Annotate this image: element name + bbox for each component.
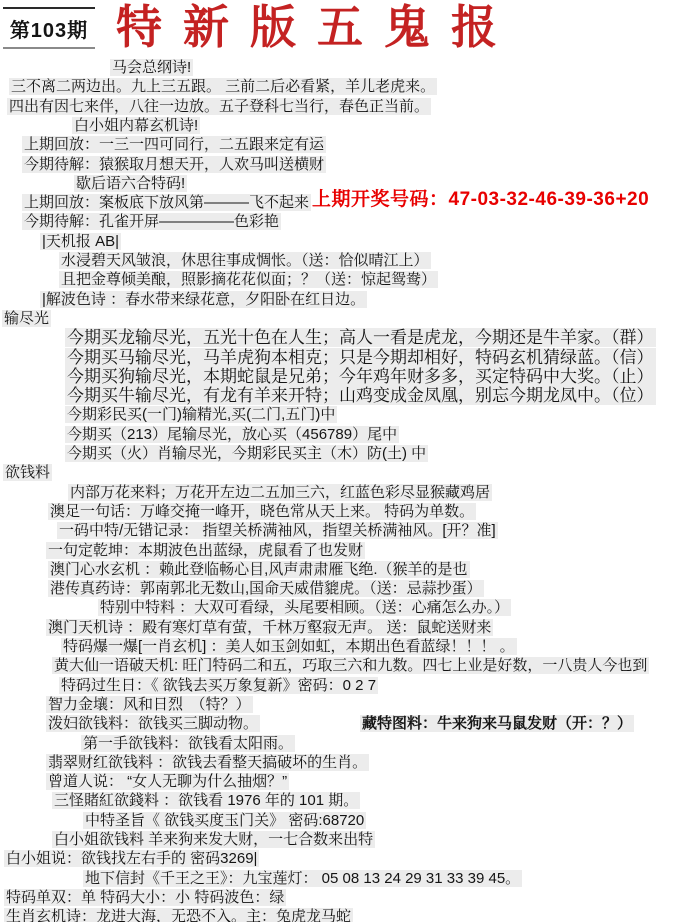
text-line: 四出有因七来伴，八往一边放。五子登科七当行，春色正当前。 xyxy=(7,97,431,116)
text-line: 上期回放：案板底下放风第———飞不起来 xyxy=(22,193,311,212)
text-line: 今期买马输尽光，马羊虎狗本相克；只是今期却相好，特码玄机猜绿蓝。（信） xyxy=(65,348,656,367)
line-text: 今期彩民买(一门)输精光,买(二门,五门)中 xyxy=(65,406,337,423)
line-text: 歇后语六合特码! xyxy=(74,175,187,192)
text-line: 特码单双：单 特码大小：小 特码波色：绿 xyxy=(4,888,286,907)
text-line: 水浸碧天风皱浪，休思往事成惆怅。（送：恰似晴江上） xyxy=(59,251,431,270)
line-text: 澳足一句话：万峰交掩一峰开，晓色常从天上来。 特码为单数。 xyxy=(48,503,476,520)
five-ghost-report-page: 第103期 特新版五鬼报 上期开奖号码：47-03-32-46-39-36+20… xyxy=(0,0,674,922)
text-line: 澳门心水玄机 ：赖此登临畅心目,风声肃肃雁飞绝.（猴羊的是也 xyxy=(48,560,470,579)
line-text: 四出有因七来伴，八往一边放。五子登科七当行，春色正当前。 xyxy=(7,98,431,115)
text-line: 泼妇欲钱料：欲钱买三脚动物。 xyxy=(46,714,260,733)
line-text: 白小姐欲钱料 羊来狗来发大财，一七合数来出特 xyxy=(52,831,375,848)
text-line: 今期待解：猿猴取月想天开，人欢马叫送横财 xyxy=(22,155,326,174)
line-text: 地下信封《千王之王》：九宝莲灯： 05 08 13 24 29 31 33 39… xyxy=(83,870,522,887)
line-text: 特码过生日：《 欲钱去买万象复新》密码：0 2 7 xyxy=(59,677,378,694)
line-text: 马会总纲诗! xyxy=(110,59,193,76)
line-text: 今期买牛输尽光，有龙有羊来开特；山鸡变成金凤凰，别忘今期龙凤中。（位） xyxy=(65,386,656,405)
line-text: 澳门天机诗 ：殿有寒灯草有萤，千林万壑寂无声。 送：鼠蛇送财来 xyxy=(46,619,493,636)
text-line: 今期买牛输尽光，有龙有羊来开特；山鸡变成金凤凰，别忘今期龙凤中。（位） xyxy=(65,386,656,405)
line-text: 三不离二两边出。九上三五跟。 三前二后必看紧，羊儿老虎来。 xyxy=(9,78,437,95)
line-text: 今期买（213）尾输尽光，放心买（456789）尾中 xyxy=(65,426,399,443)
line-text: 港传真药诗：郭南郭北无数山,国命天威借貔虎。（送：忌蒜抄蛋） xyxy=(48,580,484,597)
text-line: 港传真药诗：郭南郭北无数山,国命天威借貔虎。（送：忌蒜抄蛋） xyxy=(48,579,484,598)
text-line: 上期回放：一三一四可同行，二五跟来定有运 xyxy=(22,135,326,154)
text-line: 黄大仙一语破天机: 旺门特码二和五，巧取三六和九数。四七上业是好数，一八贵人今也… xyxy=(52,656,649,675)
previous-draw-numbers: 上期开奖号码：47-03-32-46-39-36+20 xyxy=(312,184,649,211)
text-line: 特别中特料 ：大双可看绿，头尾要相顾。（送：心痛怎么办。） xyxy=(98,598,511,617)
line-text: 且把金尊倾美酿，照影摘花花似面；？（送：惊起鸳鸯） xyxy=(59,271,438,288)
text-line: 澳门天机诗 ：殿有寒灯草有萤，千林万壑寂无声。 送：鼠蛇送财来 xyxy=(46,618,493,637)
line-text: 上期回放：案板底下放风第———飞不起来 xyxy=(22,194,311,211)
text-line: 今期买（火）肖输尽光，今期彩民买主（木）防(土) 中 xyxy=(65,444,428,463)
text-line: 输尽光 xyxy=(2,309,51,328)
text-line: 地下信封《千王之王》：九宝莲灯： 05 08 13 24 29 31 33 39… xyxy=(83,869,522,888)
text-line: 今期买狗输尽光，本期蛇鼠是兄弟；今年鸡年财多多，买定特码中大奖。（止） xyxy=(65,367,656,386)
text-line: 第一手欲钱料：欲钱看太阳雨。 xyxy=(81,734,295,753)
line-text: 今期买（火）肖输尽光，今期彩民买主（木）防(土) 中 xyxy=(65,445,428,462)
text-line: 内部万花来料；万花开左边二五加三六，红蓝色彩尽显猴藏鸡居 xyxy=(68,483,492,502)
text-line: 今期彩民买(一门)输精光,买(二门,五门)中 xyxy=(65,405,337,424)
text-line: 中特圣旨《 欲钱买度玉门关》 密码:68720 xyxy=(83,811,366,830)
line-text: 白小姐内幕玄机诗! xyxy=(72,117,200,134)
line-text: 水浸碧天风皱浪，休思往事成惆怅。（送：恰似晴江上） xyxy=(59,252,431,269)
text-line: 藏特图料：牛来狗来马鼠发财（开：？） xyxy=(360,714,634,733)
line-text: 智力金壤：风和日烈 （特？） xyxy=(46,696,253,713)
text-line: 翡翠财红欲钱料 ：欲钱去看整天搞破坏的生肖。 xyxy=(46,753,369,772)
line-text: 上期回放：一三一四可同行，二五跟来定有运 xyxy=(22,136,326,153)
text-line: 曾道人说： “女人无聊为什么抽烟？” xyxy=(46,772,289,791)
line-text: 特码单双：单 特码大小：小 特码波色：绿 xyxy=(4,889,286,906)
line-text: 今期待解：猿猴取月想天开，人欢马叫送横财 xyxy=(22,156,326,173)
line-text: 黄大仙一语破天机: 旺门特码二和五，巧取三六和九数。四七上业是好数，一八贵人今也… xyxy=(52,657,649,674)
line-text: 输尽光 xyxy=(2,310,51,327)
line-text: 一句定乾坤：本期波色出蓝绿，虎鼠看了也发财 xyxy=(46,542,365,559)
line-text: 今期买马输尽光，马羊虎狗本相克；只是今期却相好，特码玄机猜绿蓝。（信） xyxy=(65,348,656,367)
line-text: 翡翠财红欲钱料 ：欲钱去看整天搞破坏的生肖。 xyxy=(46,754,369,771)
issue-number-box: 第103期 xyxy=(3,7,95,49)
line-text: |天机报 AB| xyxy=(40,233,121,250)
text-line: 三怪賭紅欲錢料 ：欲钱看 1976 年的 101 期。 xyxy=(52,791,360,810)
text-line: 一码中特/无错记录： 指望关桥满袖风，指望关桥满袖风。[开？准] xyxy=(57,521,498,540)
line-text: 澳门心水玄机 ：赖此登临畅心目,风声肃肃雁飞绝.（猴羊的是也 xyxy=(48,561,470,578)
text-line: 智力金壤：风和日烈 （特？） xyxy=(46,695,253,714)
text-line: 今期买（213）尾输尽光，放心买（456789）尾中 xyxy=(65,425,399,444)
text-line: 生肖玄机诗：龙进大海，无恐不入。主：兔虎龙马蛇 xyxy=(4,907,353,922)
line-text: 一码中特/无错记录： 指望关桥满袖风，指望关桥满袖风。[开？准] xyxy=(57,522,498,539)
line-text: 欲钱料 xyxy=(3,464,52,481)
line-text: 三怪賭紅欲錢料 ：欲钱看 1976 年的 101 期。 xyxy=(52,792,360,809)
text-line: 白小姐内幕玄机诗! xyxy=(72,116,200,135)
page-title: 特新版五鬼报 xyxy=(116,1,518,55)
text-line: 欲钱料 xyxy=(3,463,52,482)
text-line: 澳足一句话：万峰交掩一峰开，晓色常从天上来。 特码为单数。 xyxy=(48,502,476,521)
line-text: 藏特图料：牛来狗来马鼠发财（开：？） xyxy=(360,715,634,732)
line-text: 特码爆一爆[一肖玄机] ：美人如玉剑如虹，本期出色看蓝绿！！！ 。 xyxy=(61,638,517,655)
issue-number: 第103期 xyxy=(10,20,88,42)
text-line: 白小姐欲钱料 羊来狗来发大财，一七合数来出特 xyxy=(52,830,375,849)
line-text: |解波色诗 ：春水带来绿花意，夕阳卧在红日边。 xyxy=(40,291,367,308)
text-line: 歇后语六合特码! xyxy=(74,174,187,193)
text-line: 马会总纲诗! xyxy=(110,58,193,77)
text-line: 特码过生日：《 欲钱去买万象复新》密码：0 2 7 xyxy=(59,676,378,695)
line-text: 今期买龙输尽光，五光十色在人生；高人一看是虎龙，今期还是牛羊家。（群） xyxy=(65,328,656,347)
text-line: |天机报 AB| xyxy=(40,232,121,251)
line-text: 今期待解：孔雀开屏—————色彩艳 xyxy=(22,213,281,230)
text-line: |解波色诗 ：春水带来绿花意，夕阳卧在红日边。 xyxy=(40,290,367,309)
text-line: 今期待解：孔雀开屏—————色彩艳 xyxy=(22,212,281,231)
line-text: 生肖玄机诗：龙进大海，无恐不入。主：兔虎龙马蛇 xyxy=(4,908,353,922)
line-text: 今期买狗输尽光，本期蛇鼠是兄弟；今年鸡年财多多，买定特码中大奖。（止） xyxy=(65,367,656,386)
line-text: 第一手欲钱料：欲钱看太阳雨。 xyxy=(81,735,295,752)
line-text: 曾道人说： “女人无聊为什么抽烟？” xyxy=(46,773,289,790)
text-line: 一句定乾坤：本期波色出蓝绿，虎鼠看了也发财 xyxy=(46,541,365,560)
text-line: 三不离二两边出。九上三五跟。 三前二后必看紧，羊儿老虎来。 xyxy=(9,77,437,96)
text-line: 今期买龙输尽光，五光十色在人生；高人一看是虎龙，今期还是牛羊家。（群） xyxy=(65,328,656,347)
text-line: 且把金尊倾美酿，照影摘花花似面；？（送：惊起鸳鸯） xyxy=(59,270,438,289)
line-text: 特别中特料 ：大双可看绿，头尾要相顾。（送：心痛怎么办。） xyxy=(98,599,511,616)
line-text: 中特圣旨《 欲钱买度玉门关》 密码:68720 xyxy=(83,812,366,829)
line-text: 内部万花来料；万花开左边二五加三六，红蓝色彩尽显猴藏鸡居 xyxy=(68,484,492,501)
line-text: 白小姐说：欲钱找左右手的 密码3269| xyxy=(4,850,259,867)
text-line: 白小姐说：欲钱找左右手的 密码3269| xyxy=(4,849,259,868)
text-line: 特码爆一爆[一肖玄机] ：美人如玉剑如虹，本期出色看蓝绿！！！ 。 xyxy=(61,637,517,656)
issue-box-underline xyxy=(3,47,95,49)
line-text: 泼妇欲钱料：欲钱买三脚动物。 xyxy=(46,715,260,732)
